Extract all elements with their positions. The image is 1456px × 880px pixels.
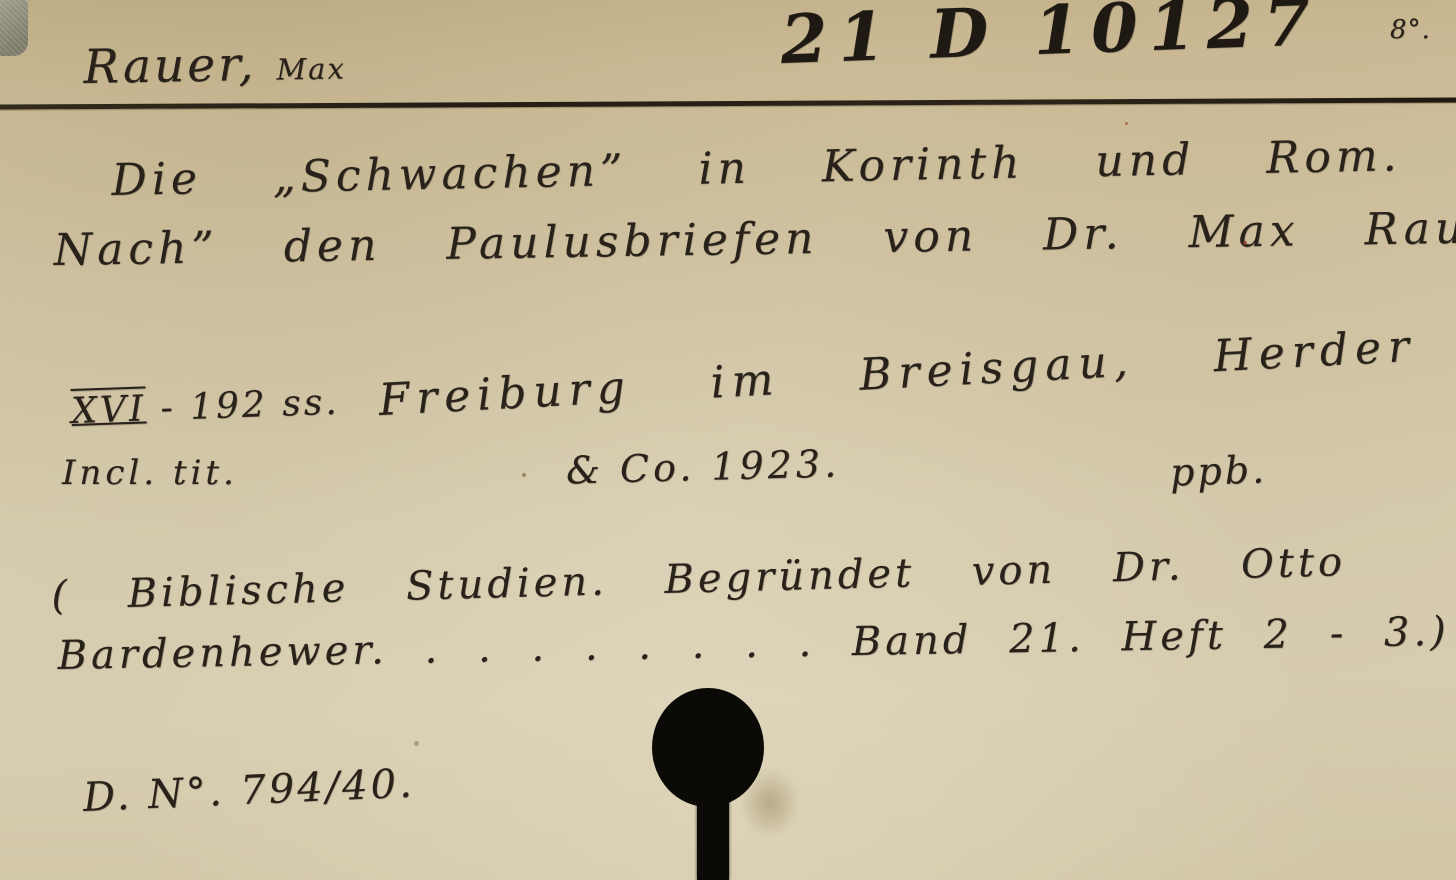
imprint-place-publisher: Freiburg im Breisgau, Herder (377, 322, 1417, 426)
drawer-clip-corner (0, 0, 28, 56)
paper-speck (1243, 241, 1247, 245)
paper-speck (414, 741, 419, 746)
paper-speck (1125, 122, 1128, 125)
collation-roman-numeral: XVI (71, 388, 147, 432)
binding-note: ppb. (1169, 448, 1267, 494)
author-name: Rauer,Max (83, 37, 346, 94)
author-surname: Rauer, (83, 37, 257, 95)
call-number: 21 D 10127 (779, 0, 1322, 77)
catalog-card: Rauer,Max 21 D 10127 8°. Die „Schwachen”… (0, 0, 1456, 880)
title-line-2: Nach” den Paulusbriefen von Dr. Max Raue… (53, 203, 1456, 275)
collation-pages: XVI - 192 ss. (71, 383, 341, 433)
collation-pages-rest: - 192 ss. (145, 382, 340, 430)
accession-number: D. N°. 794/40. (82, 762, 416, 821)
paper-speck (522, 473, 526, 477)
series-note-line-1: ( Biblische Studien. Begründet von Dr. O… (51, 540, 1347, 619)
series-note-line-2: Bardenhewer. . . . . . . . . Band 21. He… (57, 610, 1450, 679)
imprint-publisher-year: & Co. 1923. (565, 442, 840, 492)
header-rule (0, 97, 1456, 109)
author-given-name: Max (276, 51, 346, 86)
format-mark: 8°. (1390, 16, 1431, 45)
note-incl-tit: Incl. tit. (62, 454, 238, 492)
rod-hole-slot (697, 788, 729, 880)
title-line-1: Die „Schwachen” in Korinth und Rom. (111, 131, 1402, 205)
